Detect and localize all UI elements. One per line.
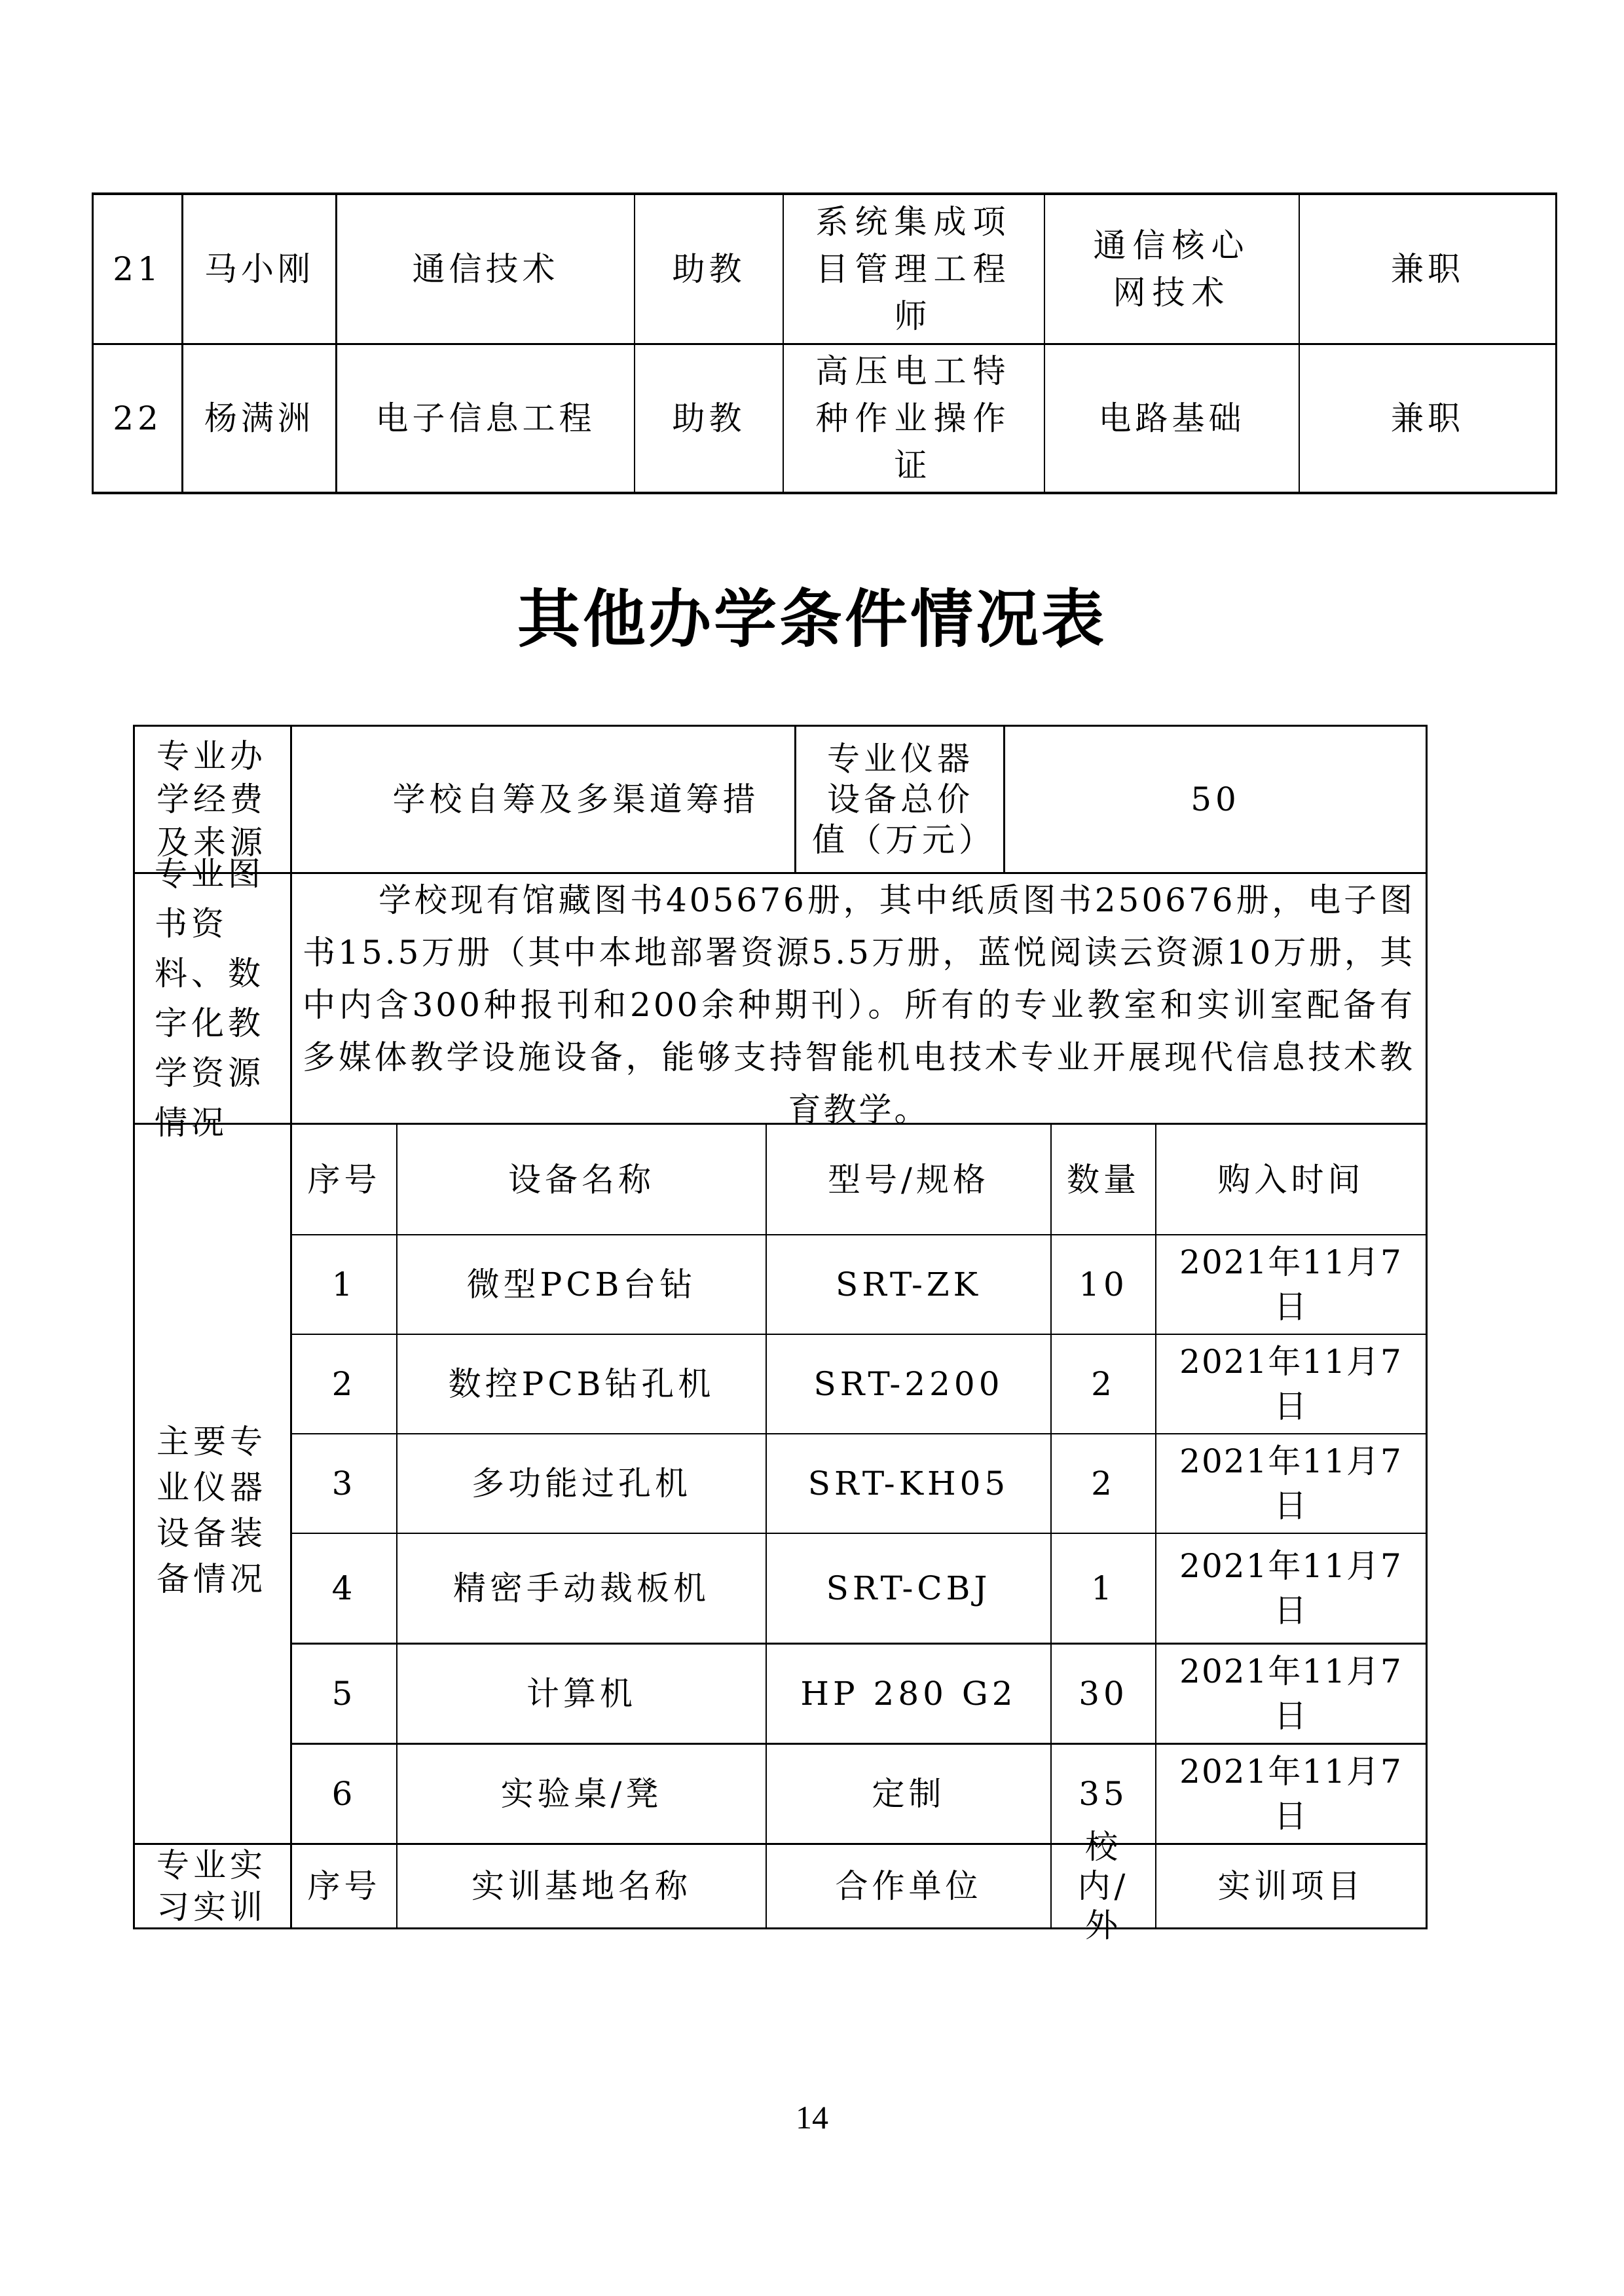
equipment-date: 2021年11月7日 <box>1156 1235 1426 1334</box>
equipment-qty: 2 <box>1052 1335 1155 1433</box>
equipment-qty: 1 <box>1052 1534 1155 1643</box>
page-number: 14 <box>0 2098 1624 2136</box>
table-border <box>92 492 1557 494</box>
staff-name: 杨满洲 <box>183 345 335 492</box>
library-label: 专业图书资料、数字化教学资源情况 <box>135 874 290 1123</box>
col-header-no: 序号 <box>292 1845 396 1927</box>
equipment-value: 50 <box>1005 727 1426 872</box>
staff-type: 兼职 <box>1300 345 1555 492</box>
equipment-name: 多功能过孔机 <box>397 1434 766 1533</box>
staff-name: 马小刚 <box>183 195 335 343</box>
staff-course: 通信核心网技术 <box>1045 195 1299 343</box>
equipment-qty: 30 <box>1052 1645 1155 1743</box>
equipment-model: HP 280 G2 <box>767 1645 1050 1743</box>
section-title: 其他办学条件情况表 <box>0 570 1624 659</box>
col-header-base-name: 实训基地名称 <box>397 1845 766 1927</box>
funding-value: 学校自筹及多渠道筹措 <box>292 727 794 872</box>
staff-title: 助教 <box>635 345 783 492</box>
staff-no: 21 <box>94 195 181 343</box>
equipment-name: 数控PCB钻孔机 <box>397 1335 766 1433</box>
col-header-date: 购入时间 <box>1156 1125 1426 1234</box>
table-border <box>1555 192 1557 494</box>
equipment-label: 主要专业仪器设备装备情况 <box>141 1125 282 1843</box>
table-border <box>1426 725 1428 1929</box>
equipment-name: 实验桌/凳 <box>397 1745 766 1843</box>
equipment-date: 2021年11月7日 <box>1156 1434 1426 1533</box>
equipment-no: 4 <box>292 1534 396 1643</box>
equipment-no: 1 <box>292 1235 396 1334</box>
equipment-model: 定制 <box>767 1745 1050 1843</box>
library-text: 学校现有馆藏图书405676册，其中纸质图书250676册，电子图书15.5万册… <box>292 874 1426 1123</box>
col-header-partner: 合作单位 <box>767 1845 1050 1927</box>
equipment-date: 2021年11月7日 <box>1156 1645 1426 1743</box>
equipment-date: 2021年11月7日 <box>1156 1335 1426 1433</box>
staff-major: 通信技术 <box>337 195 634 343</box>
staff-course: 电路基础 <box>1045 345 1299 492</box>
equipment-no: 5 <box>292 1645 396 1743</box>
col-header-no: 序号 <box>292 1125 396 1234</box>
equipment-name: 精密手动裁板机 <box>397 1534 766 1643</box>
equipment-date: 2021年11月7日 <box>1156 1534 1426 1643</box>
equipment-name: 计算机 <box>397 1645 766 1743</box>
col-header-qty: 数量 <box>1052 1125 1155 1234</box>
equipment-no: 2 <box>292 1335 396 1433</box>
equipment-no: 3 <box>292 1434 396 1533</box>
staff-title: 助教 <box>635 195 783 343</box>
col-header-location: 校内/外 <box>1061 1845 1146 1927</box>
staff-certificate: 高压电工特种作业操作证 <box>784 345 1044 492</box>
equipment-model: SRT-ZK <box>767 1235 1050 1334</box>
equipment-model: SRT-CBJ <box>767 1534 1050 1643</box>
equipment-model: SRT-KH05 <box>767 1434 1050 1533</box>
equipment-model: SRT-2200 <box>767 1335 1050 1433</box>
equipment-qty: 2 <box>1052 1434 1155 1533</box>
staff-type: 兼职 <box>1300 195 1555 343</box>
equipment-date: 2021年11月7日 <box>1156 1745 1426 1843</box>
staff-certificate: 系统集成项目管理工程师 <box>784 195 1044 343</box>
staff-no: 22 <box>94 345 181 492</box>
staff-major: 电子信息工程 <box>337 345 634 492</box>
table-border <box>133 1927 1428 1929</box>
equipment-no: 6 <box>292 1745 396 1843</box>
col-header-project: 实训项目 <box>1156 1845 1426 1927</box>
col-header-model: 型号/规格 <box>767 1125 1050 1234</box>
equipment-qty: 10 <box>1052 1235 1155 1334</box>
equipment-name: 微型PCB台钻 <box>397 1235 766 1334</box>
col-header-name: 设备名称 <box>397 1125 766 1234</box>
training-label: 专业实习实训 <box>141 1845 282 1927</box>
table-border <box>794 725 796 874</box>
equipment-value-label: 专业仪器设备总价值（万元） <box>812 727 989 872</box>
